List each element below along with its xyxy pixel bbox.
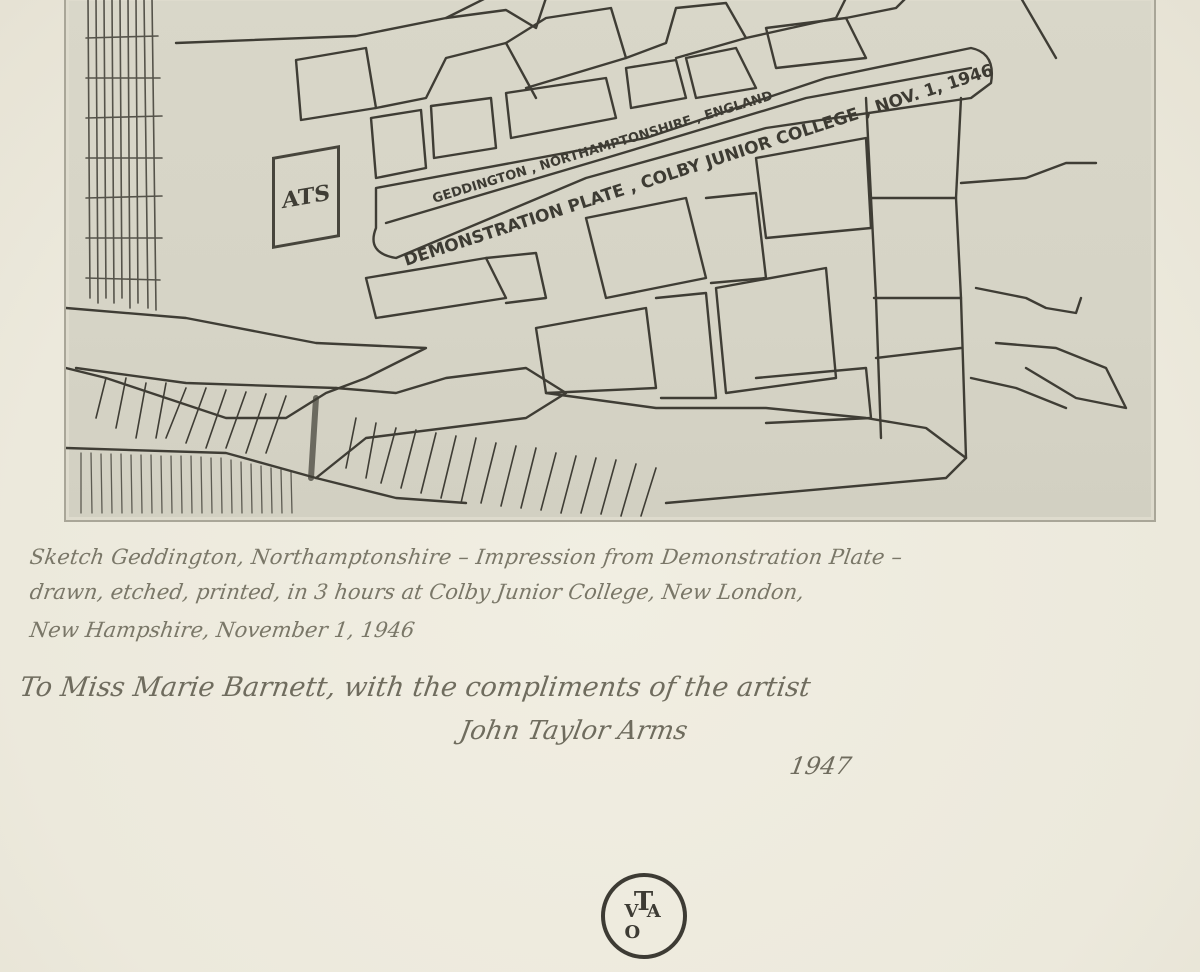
stamp-letters: V A O xyxy=(625,901,664,943)
dedication-text: To Miss Marie Barnett, with the complime… xyxy=(18,672,813,703)
inscription-line-1: Sketch Geddington, Northamptonshire – Im… xyxy=(28,545,904,569)
etching-plate: GEDDINGTON , NORTHAMPTONSHIRE , ENGLAND … xyxy=(64,0,1156,522)
inscription-line-3: New Hampshire, November 1, 1946 xyxy=(28,618,416,642)
artist-monogram: ATS xyxy=(272,145,340,249)
inscription-line-2: drawn, etched, printed, in 3 hours at Co… xyxy=(28,580,805,604)
signature-year: 1947 xyxy=(788,752,854,780)
artist-signature: John Taylor Arms xyxy=(457,716,690,746)
stone-wall-drawing: GEDDINGTON , NORTHAMPTONSHIRE , ENGLAND … xyxy=(66,0,1154,520)
blind-stamp-icon: T V A O xyxy=(601,873,687,959)
